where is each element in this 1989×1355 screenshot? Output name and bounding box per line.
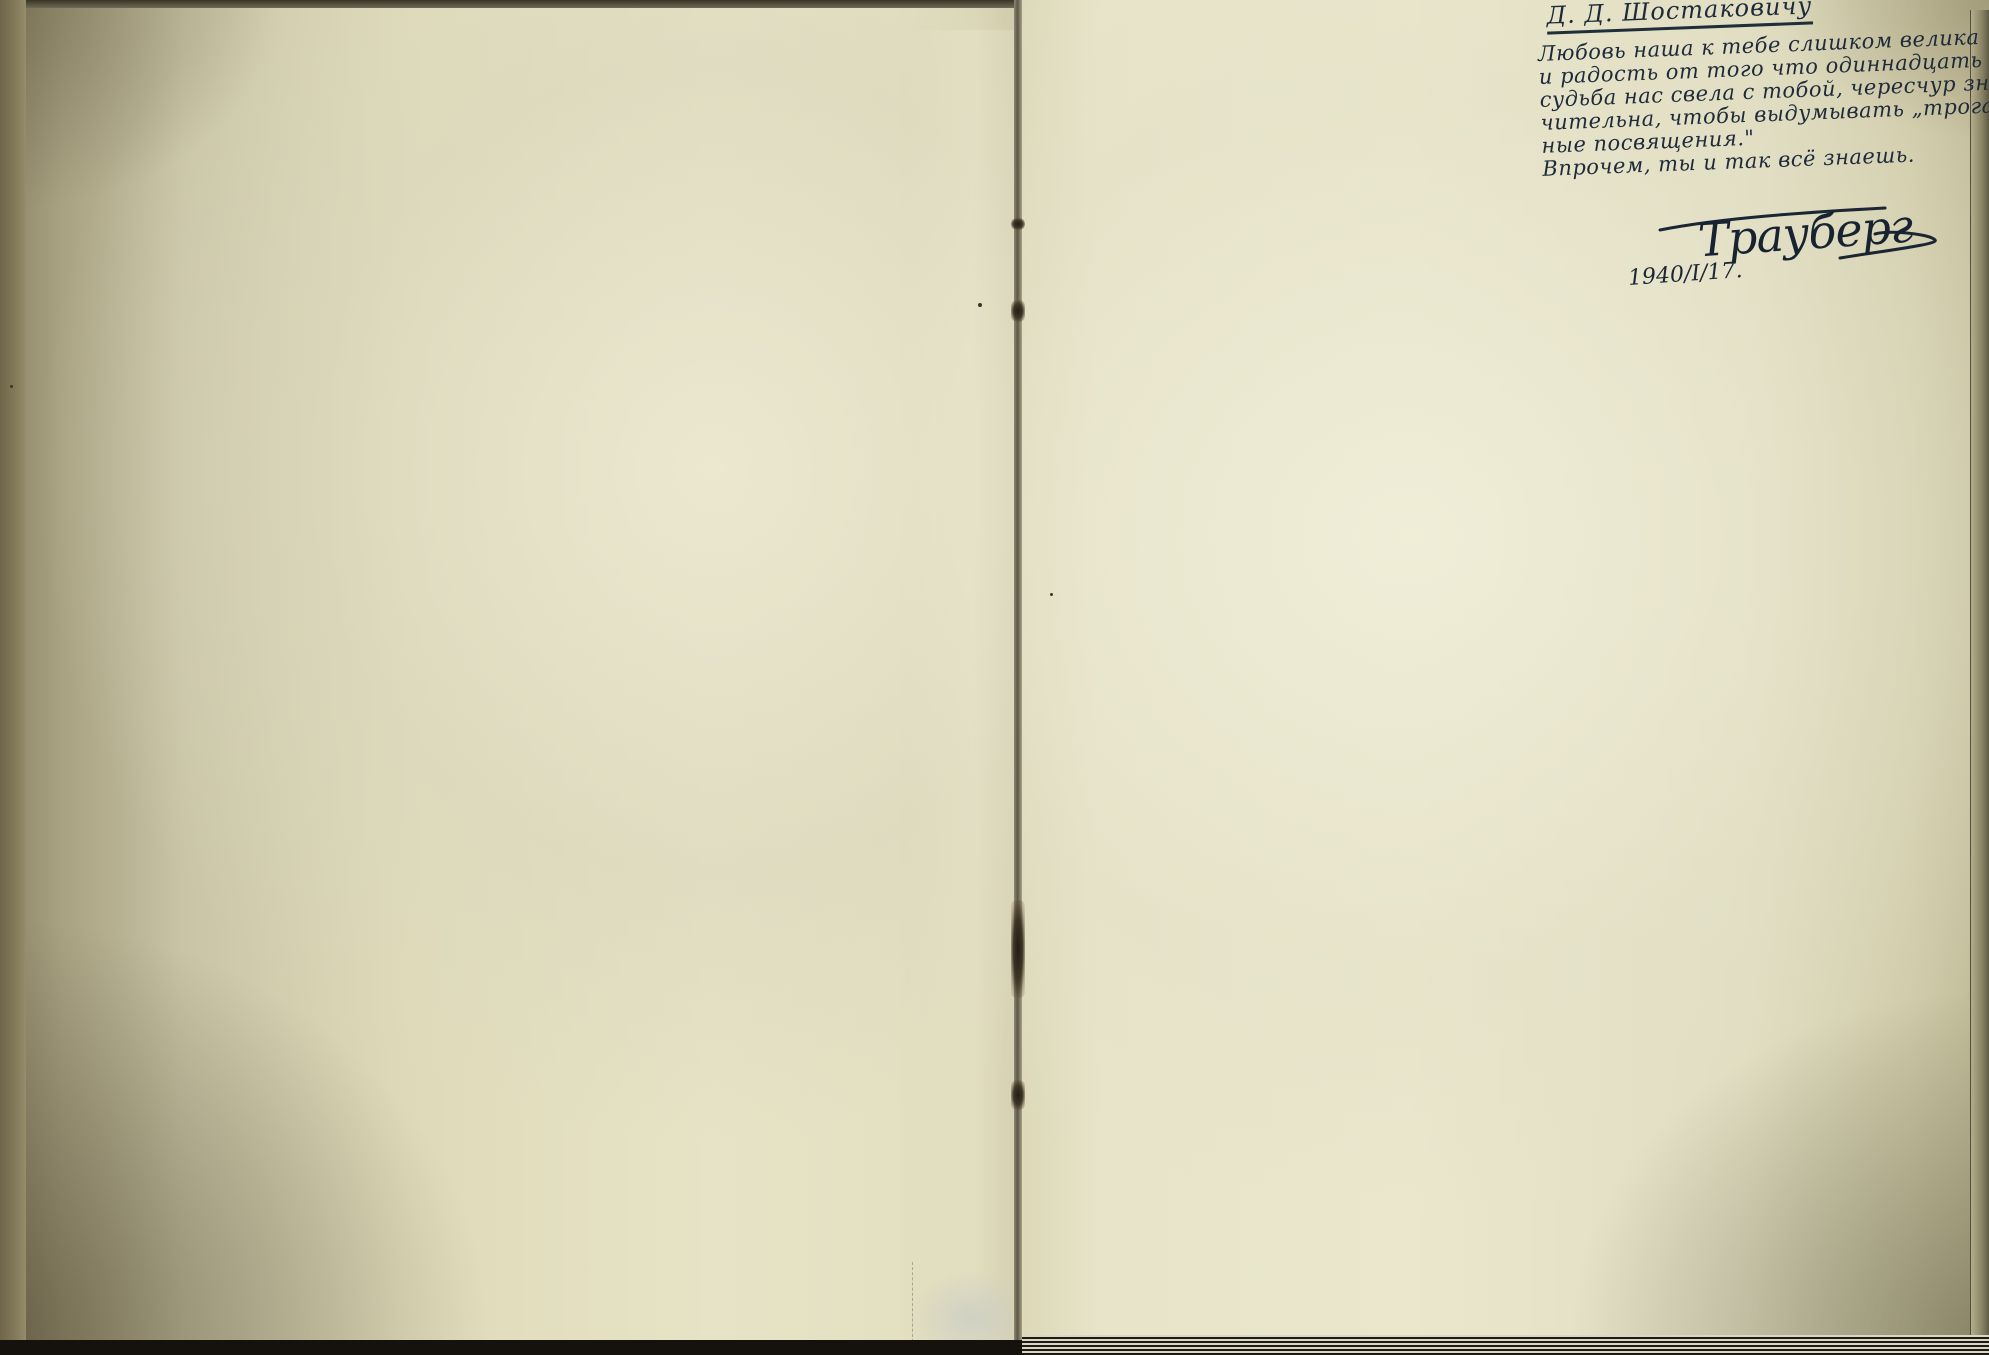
book-spine (1014, 0, 1022, 1340)
handwritten-dedication: Д. Д. Шостаковичу Любовь наша к тебе сли… (1536, 0, 1989, 181)
left-page (0, 0, 1017, 1340)
dedication-body: Любовь наша к тебе слишком велика и радо… (1538, 26, 1989, 181)
bottom-shadow (0, 1340, 1022, 1355)
book-spread: Д. Д. Шостаковичу Любовь наша к тебе сли… (0, 0, 1989, 1355)
binding-stitch (1011, 900, 1025, 998)
torn-page-corner (912, 1262, 1012, 1342)
left-page-inner-fold (905, 30, 1017, 1340)
binding-stitch (1011, 1080, 1025, 1110)
paper-speck (978, 303, 982, 307)
binding-stitch (1011, 218, 1025, 230)
left-cover-edge (0, 0, 26, 1355)
page-stack-edge (1022, 1335, 1989, 1355)
paper-speck (10, 385, 13, 388)
binding-stitch (1011, 300, 1025, 322)
dedication-addressee: Д. Д. Шостаковичу (1546, 0, 1813, 35)
paper-speck (1050, 593, 1053, 596)
top-cover-edge (26, 0, 1017, 8)
right-page-edge (1970, 10, 1989, 1340)
